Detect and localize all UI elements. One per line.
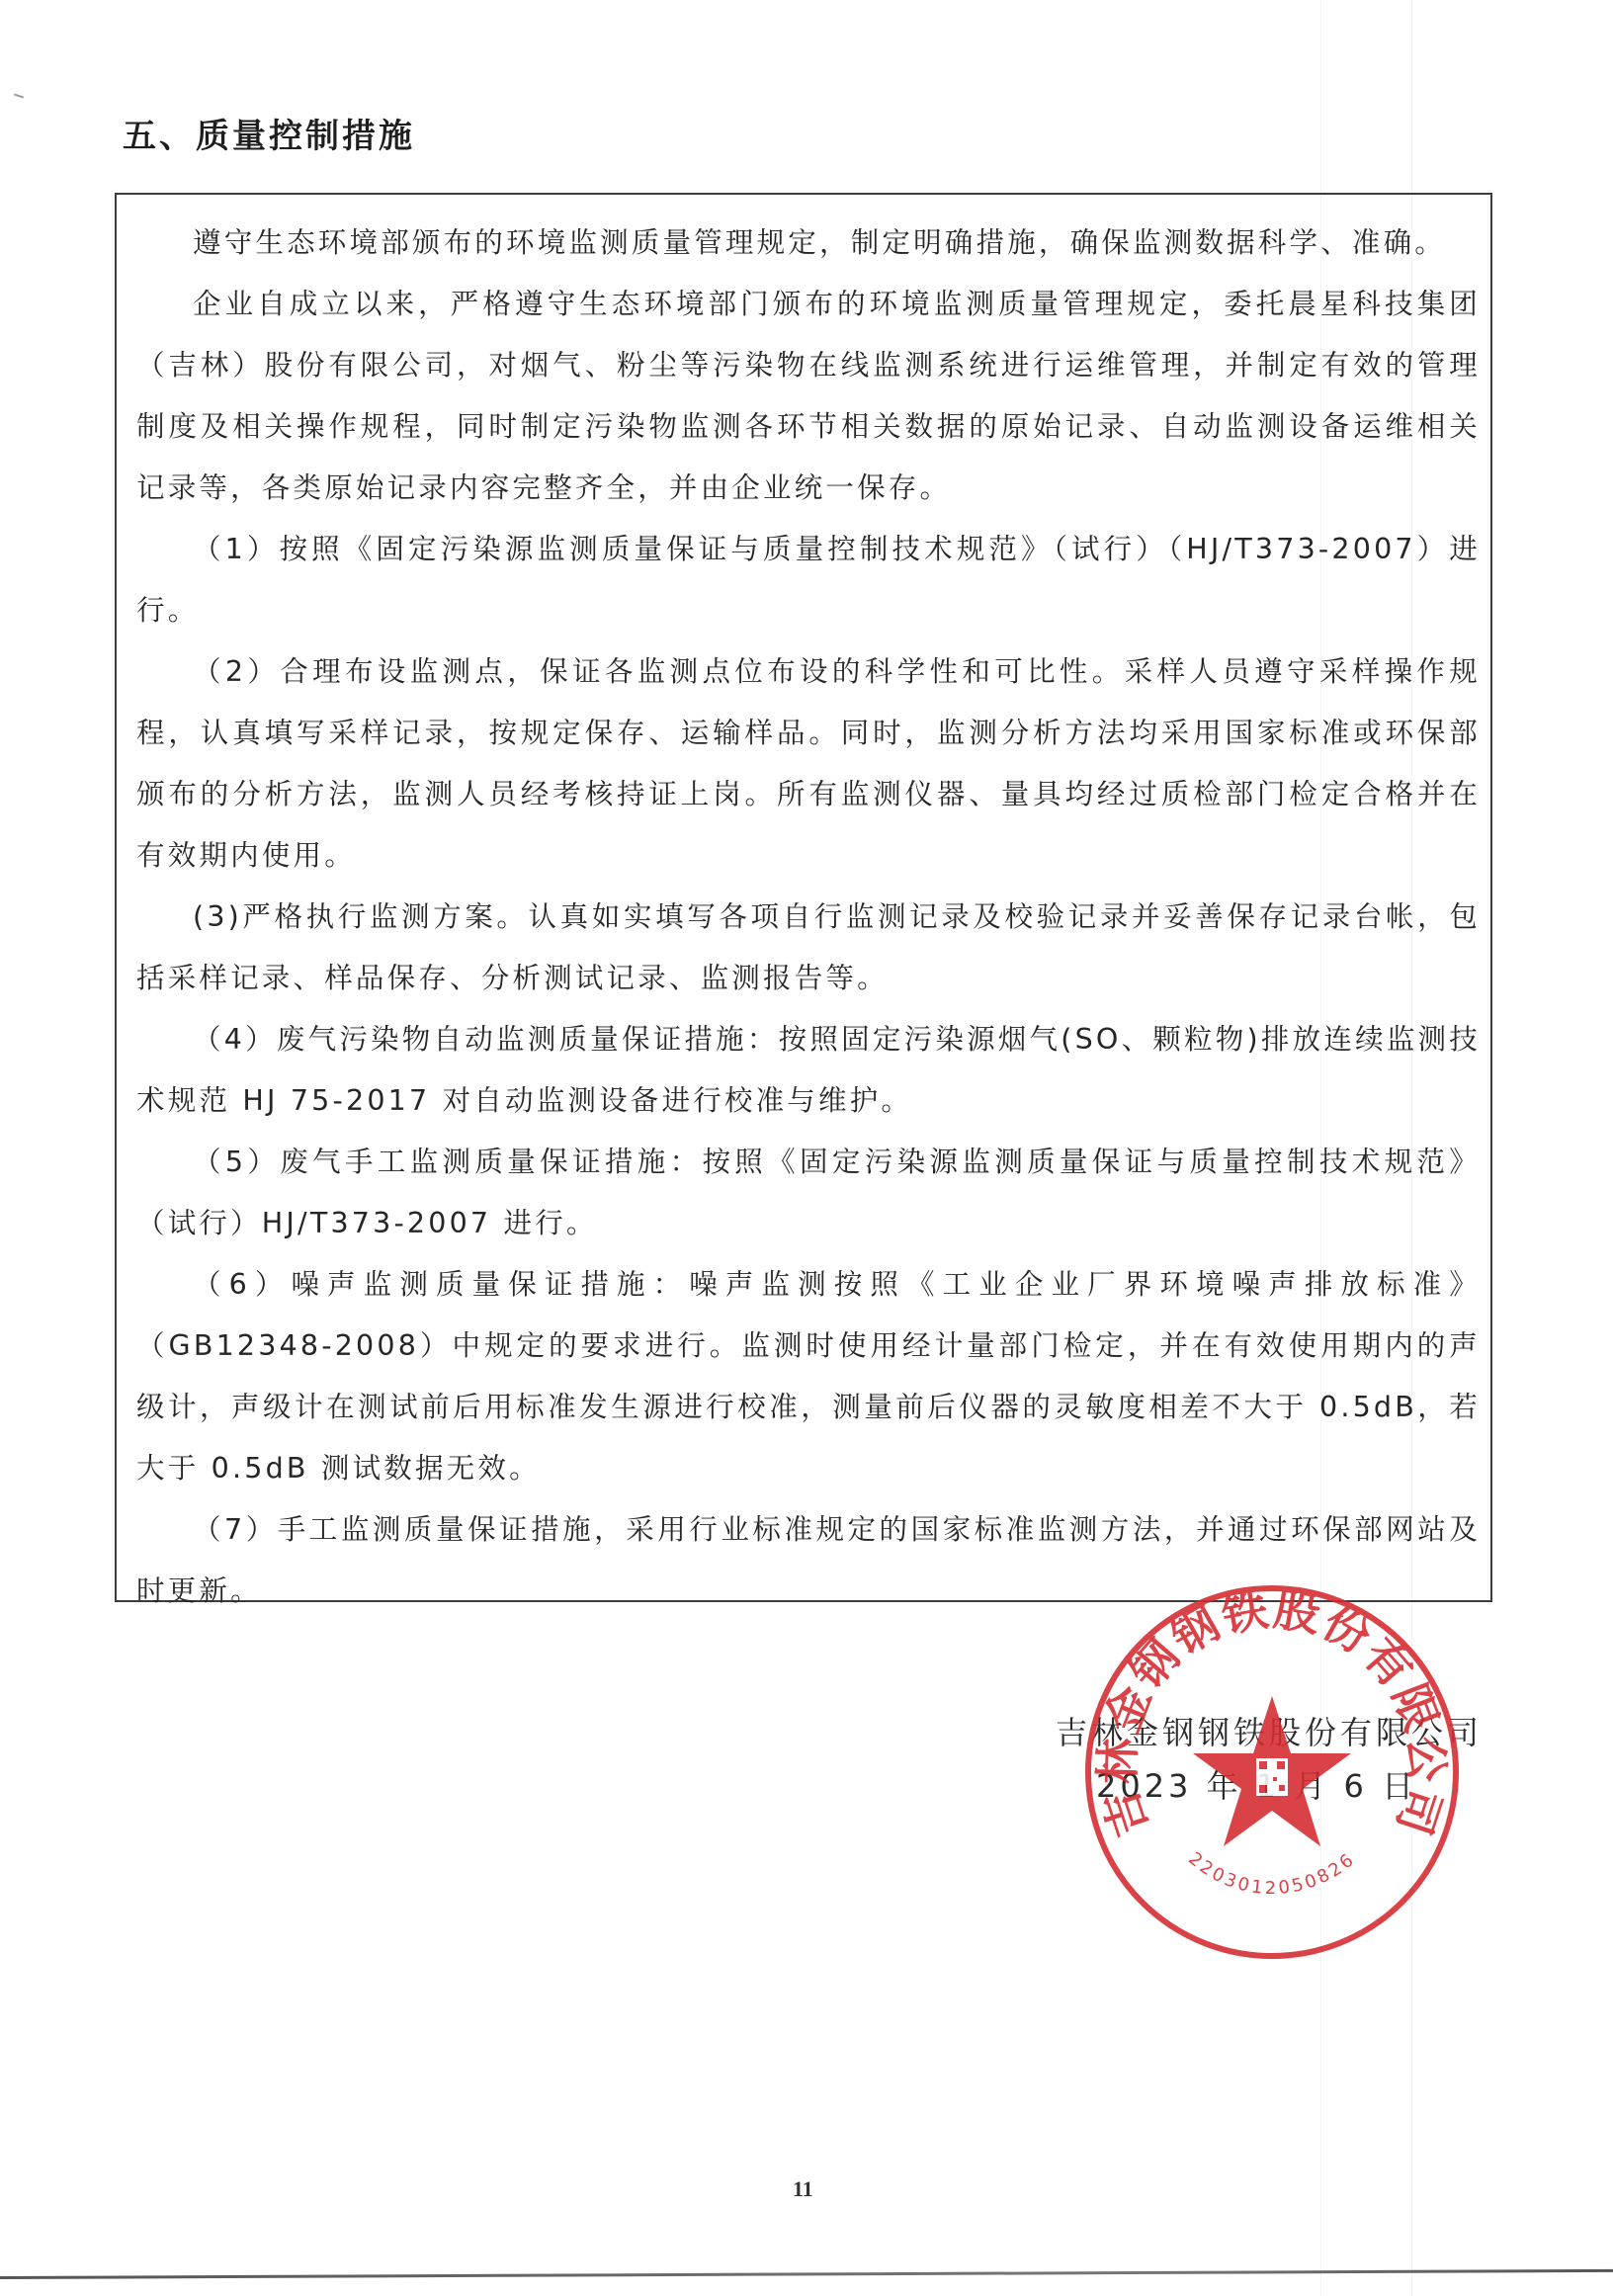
company-name: 吉林金钢钢铁股份有限公司 (1018, 1710, 1483, 1755)
scan-edge-line (0, 2269, 1613, 2279)
quality-control-box: 遵守生态环境部颁布的环境监测质量管理规定，制定明确措施，确保监测数据科学、准确。… (115, 193, 1492, 1602)
section-title: 五、质量控制措施 (123, 115, 415, 158)
signature-date: 2023 年 1 月 6 日 (1018, 1763, 1483, 1809)
stamp-code: 2203012050826 (1184, 1848, 1360, 1899)
paragraph-item-4: （4）废气污染物自动监测质量保证措施：按照固定污染源烟气(SO、颗粒物)排放连续… (136, 1009, 1481, 1132)
signature-block: 吉林金钢钢铁股份有限公司 2023 年 1 月 6 日 (1018, 1710, 1483, 1809)
paragraph-intro: 遵守生态环境部颁布的环境监测质量管理规定，制定明确措施，确保监测数据科学、准确。 (136, 213, 1481, 274)
paragraph-item-2: （2）合理布设监测点，保证各监测点位布设的科学性和可比性。采样人员遵守采样操作规… (136, 641, 1481, 887)
scan-mark (14, 94, 24, 99)
paragraph-item-5: （5）废气手工监测质量保证措施：按照《固定污染源监测质量保证与质量控制技术规范》… (136, 1132, 1481, 1254)
page-number: 11 (793, 2176, 813, 2202)
paragraph-item-6: （6）噪声监测质量保证措施：噪声监测按照《工业企业厂界环境噪声排放标准》（GB1… (136, 1254, 1481, 1499)
quality-control-content: 遵守生态环境部颁布的环境监测质量管理规定，制定明确措施，确保监测数据科学、准确。… (136, 213, 1481, 1622)
paragraph-item-1: （1）按照《固定污染源监测质量保证与质量控制技术规范》（试行）（HJ/T373-… (136, 519, 1481, 641)
svg-text:2203012050826: 2203012050826 (1184, 1848, 1360, 1899)
paragraph-enterprise: 企业自成立以来，严格遵守生态环境部门颁布的环境监测质量管理规定，委托晨星科技集团… (136, 274, 1481, 519)
paragraph-item-7: （7）手工监测质量保证措施，采用行业标准规定的国家标准监测方法，并通过环保部网站… (136, 1499, 1481, 1622)
paragraph-item-3: (3)严格执行监测方案。认真如实填写各项自行监测记录及校验记录并妥善保存记录台帐… (136, 887, 1481, 1009)
